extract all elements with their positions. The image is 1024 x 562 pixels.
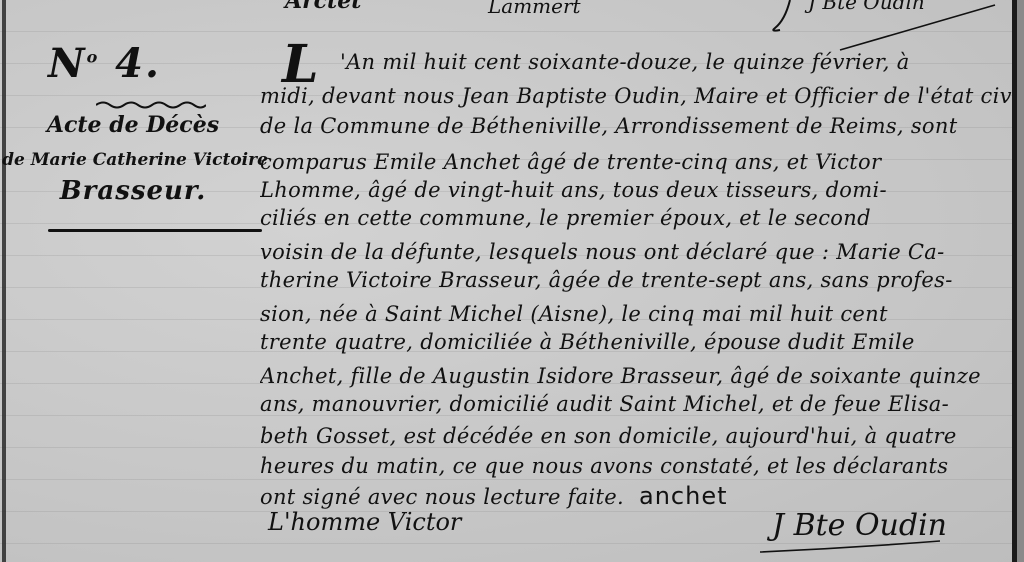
act-number-superscript: o: [87, 48, 100, 67]
body-line: ans, manouvrier, domicilié audit Saint M…: [260, 392, 1012, 416]
act-number-prefix: N: [48, 40, 87, 87]
act-number-value: 4.: [115, 40, 161, 87]
body-line: trente quatre, domiciliée à Bétheniville…: [260, 330, 1012, 354]
page-gutter-shadow: [1017, 0, 1024, 562]
body-line: 'An mil huit cent soixante-douze, le qui…: [340, 50, 1012, 74]
declarant-signature-lhomme: L'homme Victor: [268, 508, 461, 536]
margin-divider: [48, 229, 262, 232]
margin-title-surname: Brasseur.: [8, 176, 258, 206]
body-line: beth Gosset, est décédée en son domicile…: [260, 424, 1012, 448]
body-line: heures du matin, ce que nous avons const…: [260, 454, 1012, 478]
body-line-final: ont signé avec nous lecture faite. anche…: [260, 482, 1012, 510]
body-line: voisin de la défunte, lesquels nous ont …: [260, 240, 1012, 264]
signature-underline-icon: [760, 540, 940, 554]
body-line: comparus Emile Anchet âgé de trente-cinq…: [260, 150, 1012, 174]
body-line: de la Commune de Bétheniville, Arrondiss…: [260, 114, 1012, 138]
body-line: sion, née à Saint Michel (Aisne), le cin…: [260, 302, 1012, 326]
declarant-signature-anchet: anchet: [639, 482, 728, 510]
previous-record-fragment: Arctet: [285, 0, 361, 14]
act-number: No 4.: [48, 40, 161, 87]
wavy-underline-icon: [96, 100, 206, 110]
closing-formula: ont signé avec nous lecture faite.: [260, 485, 624, 509]
margin-title-name: de Marie Catherine Victoire: [0, 150, 270, 170]
body-line: therine Victoire Brasseur, âgée de trent…: [260, 268, 1012, 292]
mayor-signature-oudin: J Bte Oudin: [772, 508, 947, 543]
margin-column: No 4. Acte de Décès de Marie Catherine V…: [8, 0, 258, 562]
previous-record-fragment: Lammert: [488, 0, 581, 18]
body-line: midi, devant nous Jean Baptiste Oudin, M…: [260, 84, 1012, 108]
scanned-register-page: Arctet Lammert J Bte Oudin No 4. Acte de…: [0, 0, 1024, 562]
body-line: ciliés en cette commune, le premier épou…: [260, 206, 1012, 230]
margin-title-act: Acte de Décès: [8, 112, 258, 138]
body-line: Lhomme, âgé de vingt-huit ans, tous deux…: [260, 178, 1012, 202]
body-line: Anchet, fille de Augustin Isidore Brasse…: [260, 364, 1012, 388]
left-page-edge: [2, 0, 6, 562]
